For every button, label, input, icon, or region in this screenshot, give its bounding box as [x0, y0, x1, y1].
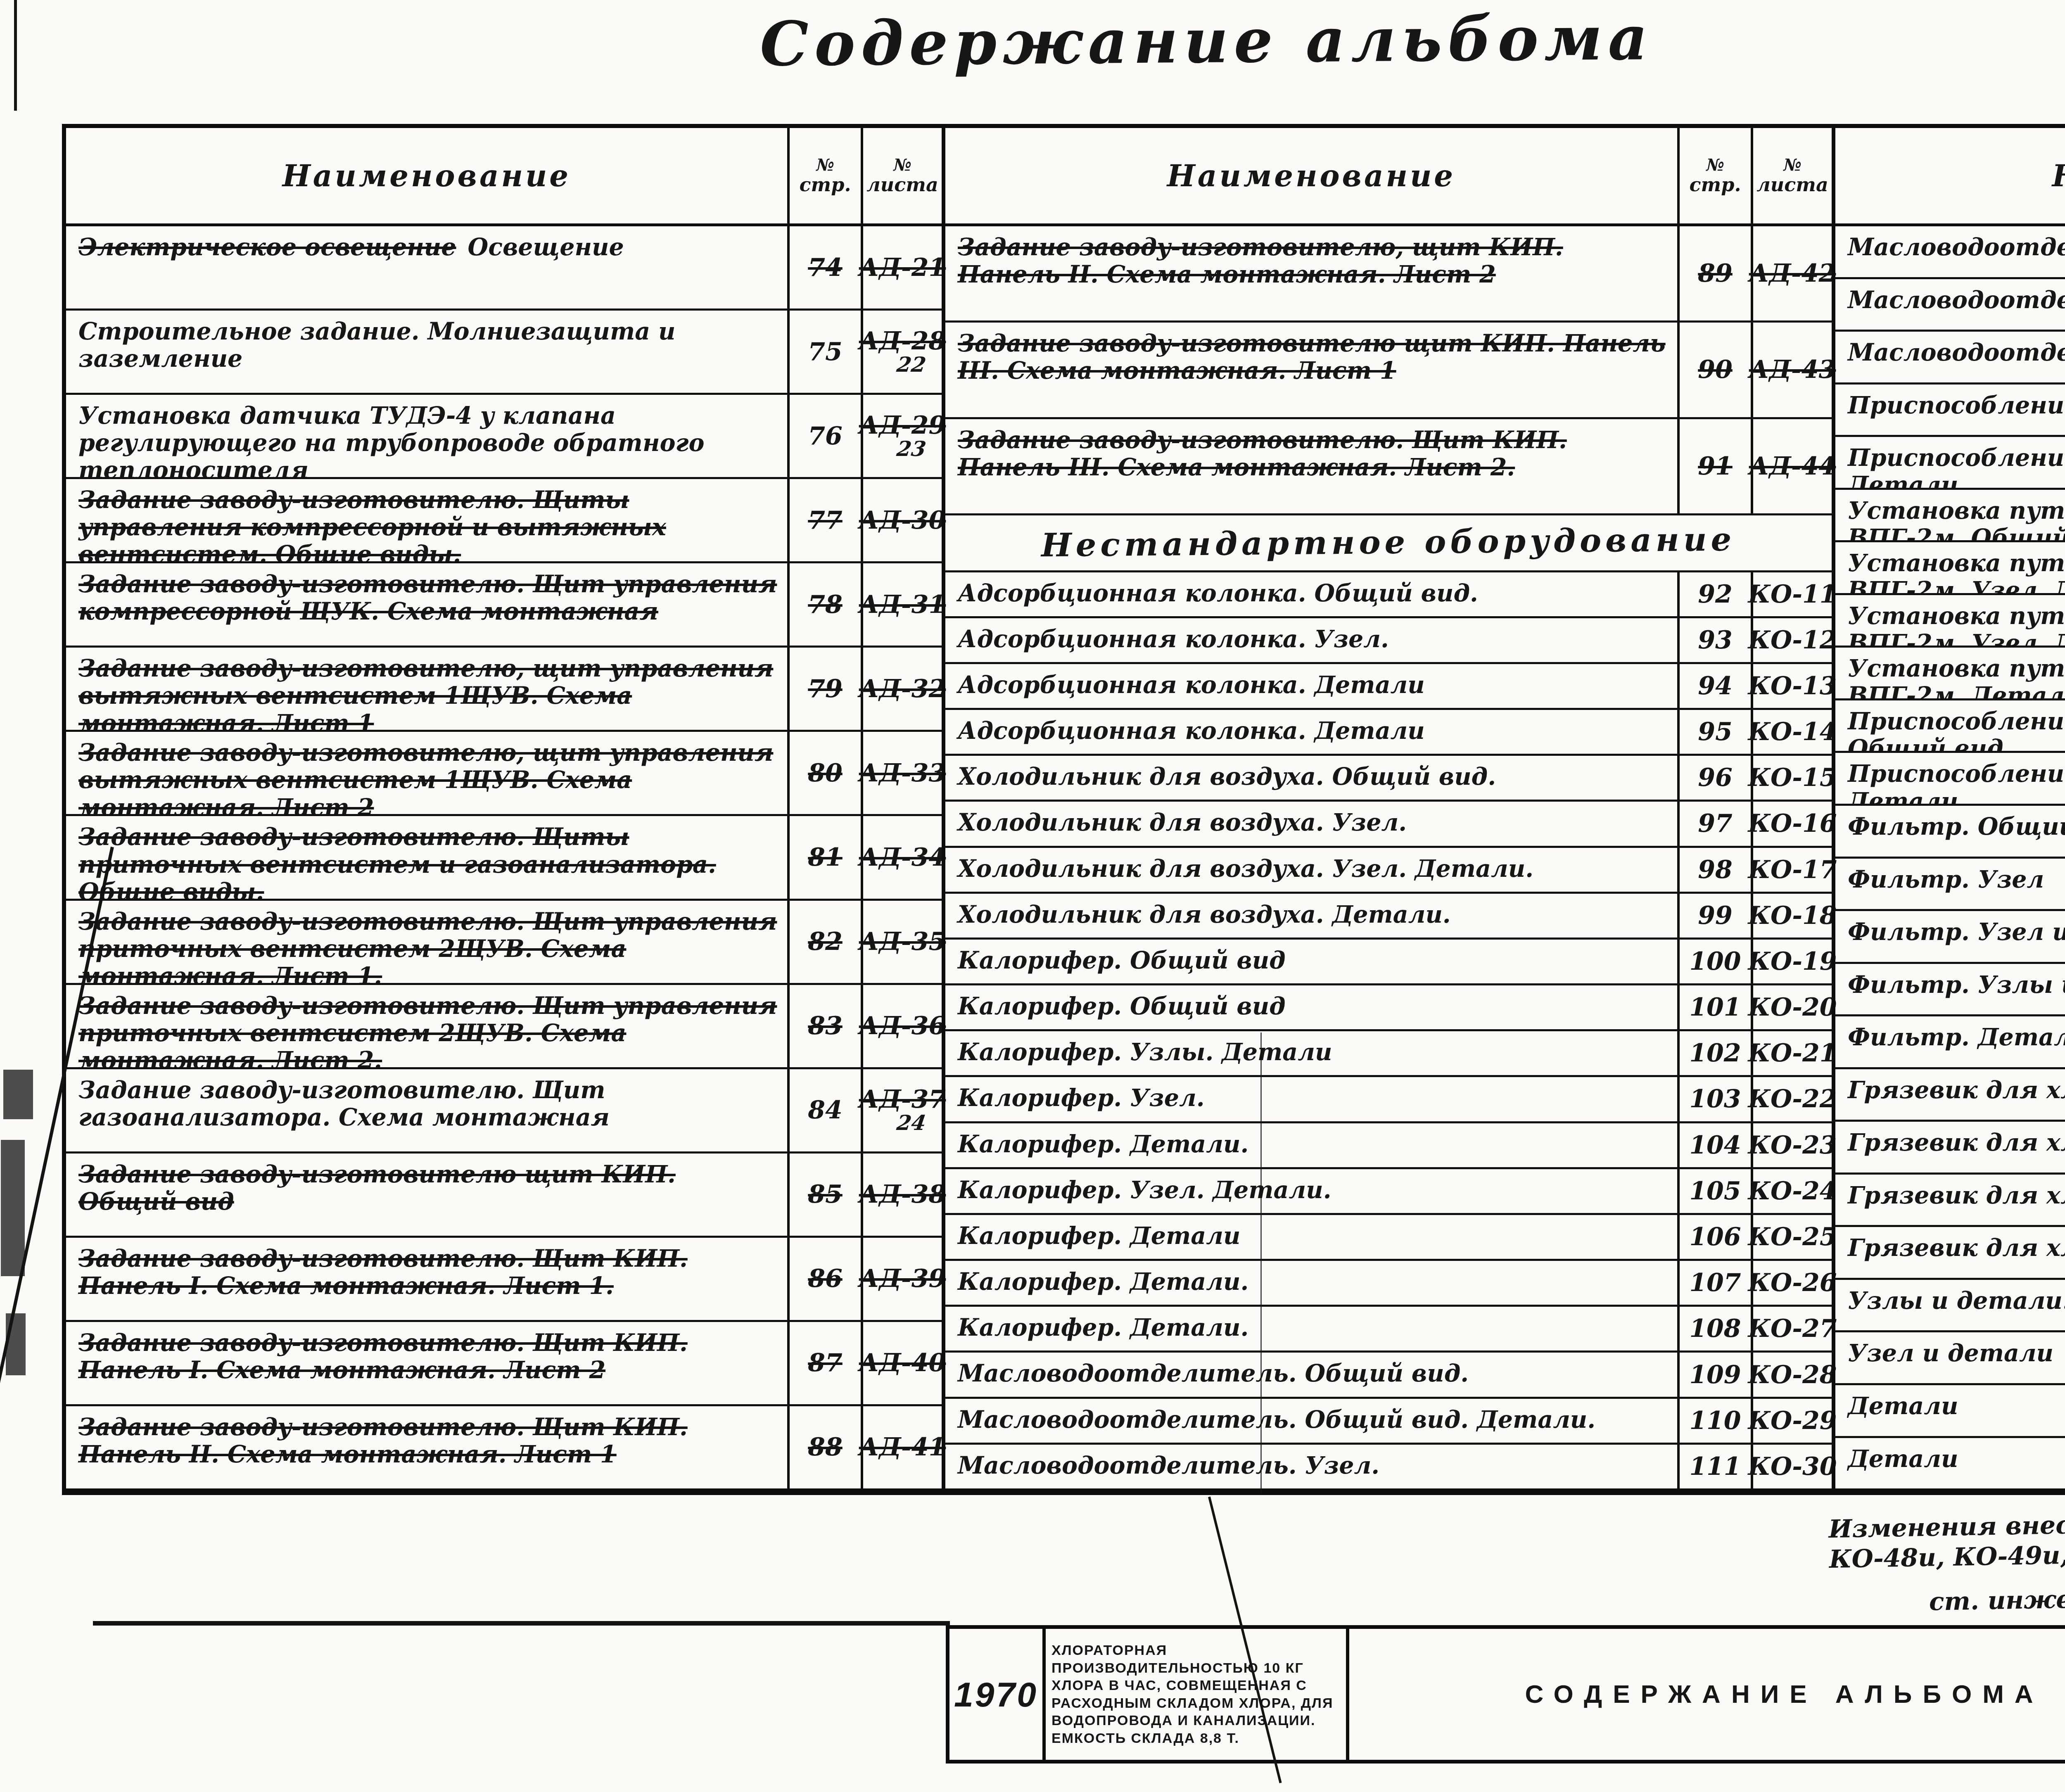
entry-sheet: АД-30	[859, 508, 946, 533]
toc-row: Холодильник для воздуха. Узел. Детали.98…	[945, 846, 1832, 892]
entry-page: 98	[1698, 857, 1733, 882]
entry-sheet-cell: АД-40	[861, 1322, 942, 1404]
entry-page-cell: 96	[1677, 756, 1751, 800]
entry-sheet: АД-36	[859, 1013, 946, 1038]
margin-stamp-mark	[6, 1313, 26, 1375]
header-sheet-no: №	[893, 156, 911, 174]
entry-page: 103	[1689, 1087, 1741, 1111]
entry-page-cell: 98	[1677, 848, 1751, 892]
entry-sheet: КО-20	[1748, 995, 1837, 1020]
toc-row: Калорифер. Узлы. Детали102КО-21	[945, 1029, 1832, 1075]
header-sheet-label: листа	[866, 174, 938, 195]
toc-row: Задание заводу-изготовителю щит КИП. Общ…	[66, 1151, 942, 1236]
entry-page-cell: 92	[1677, 572, 1751, 616]
header-sheet-label: листа	[1756, 174, 1828, 195]
entry-name-cell: Установка путевого переключателя на веса…	[1835, 648, 2065, 698]
entry-page: 99	[1698, 903, 1733, 928]
entry-name-cell: Задание заводу-изготовителю. Щит КИП. Па…	[945, 419, 1677, 513]
entry-name: Электрическое освещение	[78, 233, 456, 261]
entry-name: Калорифер. Детали	[958, 1222, 1240, 1250]
entry-page-cell: 102	[1677, 1031, 1751, 1075]
entry-sheet-cell: КО-17	[1751, 848, 1832, 892]
entry-name-cell: Холодильник для воздуха. Узел. Детали.	[945, 848, 1677, 892]
entry-sheet-cell: КО-13	[1751, 664, 1832, 708]
entry-name: Задание заводу-изготовителю. Щит управле…	[78, 908, 777, 983]
entry-name-cell: Холодильник для воздуха. Узел.	[945, 802, 1677, 845]
entry-name-cell: Масловодоотделитель. Узел. Детали	[1835, 226, 2065, 277]
entry-name: Фильтр. Узлы и детали	[1848, 971, 2065, 999]
scanned-toc-sheet: Содержание альбома Наименование № стр. №…	[0, 0, 2065, 1792]
entry-page-cell: 77	[787, 479, 861, 561]
toc-row: Калорифер. Общий вид100КО-19	[945, 938, 1832, 983]
entry-page-cell: 111	[1677, 1445, 1751, 1488]
toc-row: Калорифер. Детали.108КО-27	[945, 1305, 1832, 1351]
toc-row: Холодильник для воздуха. Детали.99КО-18	[945, 892, 1832, 938]
entry-name-cell: Задание заводу-изготовителю. Щиты управл…	[66, 479, 787, 561]
entry-page: 108	[1689, 1316, 1741, 1341]
toc-rows-col1: Электрическое освещениеОсвещение74АД-21С…	[66, 226, 942, 1488]
entry-name: Фильтр. Узел и детали	[1848, 918, 2065, 946]
toc-row: Задание заводу-изготовителю, щит управле…	[66, 730, 942, 814]
entry-name: Фильтр. Общий вид.	[1848, 813, 2065, 840]
toc-row: Установка датчика ТУДЭ-4 у клапана регул…	[66, 393, 942, 477]
header-sheet: № листа	[861, 128, 942, 223]
entry-name: Приспособление для подъема бочки. Общий …	[1848, 392, 2065, 419]
entry-name-cell: Детали	[1835, 1385, 2065, 1436]
toc-row: Задание заводу-изготовителю. Щиты управл…	[66, 477, 942, 561]
page-title: Содержание альбома	[760, 5, 1627, 78]
toc-row: Холодильник для воздуха. Общий вид.96КО-…	[945, 754, 1832, 800]
entry-name-cell: Грязевик для хлора. Узел. Детали.	[1835, 1122, 2065, 1173]
entry-sheet: КО-30	[1748, 1454, 1837, 1479]
entry-sheet: КО-16	[1748, 811, 1837, 836]
entry-name: Адсорбционная колонка. Детали	[958, 671, 1425, 699]
toc-row: Приспособление для подъема контейнера. О…	[1835, 698, 2065, 751]
entry-page-cell: 74	[787, 226, 861, 309]
entry-name: Калорифер. Узел. Детали.	[958, 1176, 1332, 1204]
entry-name-cell: Приспособление для подъема бочки. Общий …	[1835, 385, 2065, 435]
contents-table: Наименование № стр. № листа Электрическо…	[62, 124, 2065, 1495]
entry-sheet-cell: КО-30	[1751, 1445, 1832, 1488]
entry-page-cell: 80	[787, 732, 861, 814]
entry-name: Калорифер. Общий вид	[958, 947, 1286, 974]
entry-page-cell: 83	[787, 985, 861, 1067]
toc-row: Масловодоотделитель. Узел.111КО-30	[945, 1443, 1832, 1488]
entry-sheet-cell: КО-12	[1751, 618, 1832, 662]
entry-name: Калорифер. Узлы. Детали	[958, 1038, 1332, 1066]
column-header: Наименование № стр. № листа	[945, 128, 1832, 226]
toc-row: Детали135КО-54	[1835, 1436, 2065, 1489]
entry-page-cell: 97	[1677, 802, 1751, 845]
entry-sheet: КО-21	[1748, 1041, 1837, 1066]
entry-name: Приспособление для подъема контейнера. О…	[1848, 707, 2065, 751]
entry-name: Калорифер. Детали.	[958, 1268, 1248, 1296]
entry-sheet-cell: АД-43	[1751, 323, 1832, 417]
entry-sheet-cell: КО-16	[1751, 802, 1832, 845]
entry-page-cell: 104	[1677, 1123, 1751, 1167]
rule-above-stamp	[93, 1621, 950, 1626]
entry-name-cell: Калорифер. Детали.	[945, 1123, 1677, 1167]
entry-sheet: АД-29	[859, 413, 946, 438]
entry-name: Установка путевого переключателя на веса…	[1848, 602, 2065, 646]
entry-sheet: КО-19	[1748, 949, 1837, 974]
header-page-no: №	[1706, 156, 1724, 174]
entry-name-cell: Масловодоотделитель. Узел, детали	[1835, 279, 2065, 330]
toc-row: Задание заводу-изготовителю, щит управле…	[66, 646, 942, 730]
project-description: ХЛОРАТОРНАЯ ПРОИЗВОДИТЕЛЬНОСТЬЮ 10 КГ ХЛ…	[1046, 1638, 1346, 1751]
entry-sheet-cell: АД-34	[861, 816, 942, 898]
entry-page: 95	[1698, 719, 1733, 744]
entry-name-cell: Узел и детали	[1835, 1332, 2065, 1383]
entry-name: Задание заводу-изготовителю щит КИП. Пан…	[958, 330, 1666, 385]
entry-name-cell: Масловодоотделитель. Общий вид. Детали.	[945, 1399, 1677, 1443]
entry-page: 77	[808, 508, 843, 533]
entry-sheet: АД-44	[1749, 454, 1836, 479]
toc-row: Адсорбционная колонка. Узел.93КО-12	[945, 616, 1832, 662]
entry-page-cell: 95	[1677, 710, 1751, 754]
entry-name-cell: Приспособление для подъема бочки. Узел. …	[1835, 437, 2065, 488]
entry-page: 93	[1698, 628, 1733, 653]
entry-name-cell: Задание заводу-изготовителю. Щит КИП. Па…	[66, 1238, 787, 1320]
entry-name-cell: Задание заводу-изготовителю. Щит газоана…	[66, 1069, 787, 1151]
entry-page: 87	[808, 1351, 843, 1375]
toc-row: Фильтр. Детали.127КО-46	[1835, 1014, 2065, 1067]
toc-column-2: Наименование № стр. № листа Задание заво…	[942, 128, 1832, 1488]
entry-name: Холодильник для воздуха. Узел. Детали.	[958, 855, 1533, 883]
entry-sheet: АД-28	[859, 329, 946, 354]
title-block-project-cell: ХЛОРАТОРНАЯ ПРОИЗВОДИТЕЛЬНОСТЬЮ 10 КГ ХЛ…	[1042, 1629, 1346, 1760]
entry-page: 96	[1698, 765, 1733, 790]
entry-name-cell: Задание заводу-изготовителю, щит управле…	[66, 648, 787, 730]
entry-name-cell: Установка путевого переключателя на веса…	[1835, 490, 2065, 541]
toc-row: Фильтр. Узел и детали125КО-44	[1835, 909, 2065, 962]
entry-page: 105	[1689, 1179, 1741, 1203]
entry-sheet-cell: АД-32	[861, 648, 942, 730]
entry-name-cell: Установка путевого переключателя на веса…	[1835, 595, 2065, 646]
entry-name: Задание заводу-изготовителю. Щит КИП. Па…	[958, 426, 1567, 481]
entry-page: 104	[1689, 1133, 1741, 1158]
toc-row: Масловодоотделитель. Узел. Детали112КО-3…	[1835, 226, 2065, 277]
entry-sheet-cell: КО-27	[1751, 1307, 1832, 1351]
entry-page: 100	[1689, 949, 1741, 974]
entry-sheet-cell: АД-3724	[861, 1069, 942, 1151]
entry-page-cell: 78	[787, 563, 861, 646]
entry-name-cell: Калорифер. Узел.	[945, 1077, 1677, 1121]
entry-sheet: АД-21	[859, 255, 946, 280]
header-page-label: стр.	[800, 174, 851, 195]
entry-sheet-cell: АД-42	[1751, 226, 1832, 320]
entry-name-cell: Калорифер. Общий вид	[945, 985, 1677, 1029]
entry-page-cell: 110	[1677, 1399, 1751, 1443]
entry-sheet: АД-42	[1749, 261, 1836, 286]
header-name: Наименование	[1835, 128, 2065, 223]
entry-name-cell: Задание заводу-изготовителю. Щит КИП. Па…	[66, 1406, 787, 1488]
entry-name: Калорифер. Детали.	[958, 1314, 1248, 1341]
toc-row: Фильтр. Узлы и детали126КО-45	[1835, 962, 2065, 1015]
entry-name: Детали	[1848, 1392, 1958, 1420]
entry-sheet-cell: КО-24	[1751, 1169, 1832, 1213]
entry-name: Грязевик для хлора. Детали	[1848, 1234, 2065, 1262]
entry-page-cell: 89	[1677, 226, 1751, 320]
entry-sheet-cell: КО-14	[1751, 710, 1832, 754]
toc-column-3: Наименование № стр. № листа Масловодоотд…	[1832, 128, 2065, 1488]
entry-name: Грязевик для хлора. Узел. Детали.	[1848, 1129, 2065, 1156]
entry-name-cell: Задание заводу-изготовителю. Щит управле…	[66, 901, 787, 983]
entry-name: Задание заводу-изготовителю, щит управле…	[78, 655, 773, 730]
entry-page: 102	[1689, 1041, 1741, 1066]
column-header: Наименование № стр. № листа	[66, 128, 942, 226]
year-value: 1970	[954, 1677, 1038, 1712]
entry-page: 84	[808, 1098, 843, 1123]
entry-sheet: КО-11	[1748, 582, 1837, 607]
entry-page: 85	[808, 1182, 843, 1207]
entry-name: Масловодоотделитель. Общий вид.	[958, 1360, 1469, 1387]
entry-page: 76	[808, 424, 843, 449]
entry-sheet-cell: АД-36	[861, 985, 942, 1067]
entry-name: Установка путевого переключателя на веса…	[1848, 497, 2065, 541]
toc-row: Масловодоотделитель. Узел, детали113КО-3…	[1835, 277, 2065, 330]
entry-sheet: КО-18	[1748, 903, 1837, 928]
entry-name-cell: Приспособление для подъема контейнера. О…	[1835, 700, 2065, 751]
toc-row: Фильтр. Общий вид.123КО-42	[1835, 804, 2065, 857]
entry-sheet-new: 22	[896, 354, 928, 375]
toc-row: Приспособление для подъема бочки. Узел. …	[1835, 435, 2065, 488]
entry-sheet: АД-31	[859, 592, 946, 617]
entry-page-cell: 108	[1677, 1307, 1751, 1351]
entry-sheet-cell: КО-25	[1751, 1215, 1832, 1259]
entry-name-cell: Холодильник для воздуха. Общий вид.	[945, 756, 1677, 800]
entry-page-cell: 105	[1677, 1169, 1751, 1213]
entry-name: Холодильник для воздуха. Узел.	[958, 809, 1407, 836]
entry-page-cell: 87	[787, 1322, 861, 1404]
toc-row: Узлы и детали.132КО-51	[1835, 1278, 2065, 1331]
entry-name: Узлы и детали.	[1848, 1287, 2065, 1315]
entry-name-cell: Калорифер. Узел. Детали.	[945, 1169, 1677, 1213]
entry-sheet: АД-38	[859, 1182, 946, 1207]
entry-name-cell: Калорифер. Детали.	[945, 1261, 1677, 1305]
entry-name: Задание заводу-изготовителю, щит управле…	[78, 739, 773, 814]
entry-name-cell: Фильтр. Узлы и детали	[1835, 964, 2065, 1015]
entry-name: Узел и детали	[1848, 1339, 2053, 1367]
toc-row: Фильтр. Узел124КО-43	[1835, 857, 2065, 909]
entry-name: Фильтр. Детали.	[1848, 1023, 2065, 1051]
header-name: Наименование	[945, 128, 1677, 223]
entry-name-cell: Калорифер. Узлы. Детали	[945, 1031, 1677, 1075]
header-page-no: №	[816, 156, 834, 174]
toc-row: Калорифер. Узел.103КО-22	[945, 1075, 1832, 1121]
toc-row: Грязевик для хлора. Детали131КО-50	[1835, 1225, 2065, 1278]
entry-sheet-cell: КО-21	[1751, 1031, 1832, 1075]
toc-row: Калорифер. Детали.107КО-26	[945, 1259, 1832, 1305]
section-row: Нестандартное оборудование	[945, 513, 1832, 570]
entry-name: Приспособление для подъема бочки. Узел. …	[1848, 444, 2065, 488]
entry-page: 88	[808, 1435, 843, 1460]
entry-name-cell: Адсорбционная колонка. Узел.	[945, 618, 1677, 662]
title-block-title-cell: СОДЕРЖАНИЕ АЛЬБОМА	[1346, 1629, 2065, 1760]
entry-sheet-cell: КО-29	[1751, 1399, 1832, 1443]
entry-sheet-cell: КО-26	[1751, 1261, 1832, 1305]
entry-sheet: АД-33	[859, 761, 946, 786]
header-page-label: стр.	[1690, 174, 1741, 195]
entry-name: Установка путевого переключателя на веса…	[1848, 549, 2065, 593]
entry-name-cell: Электрическое освещениеОсвещение	[66, 226, 787, 309]
edge-mark	[14, 0, 17, 111]
entry-name-cell: Строительное задание. Молниезащита и заз…	[66, 311, 787, 393]
entry-page: 109	[1689, 1362, 1741, 1387]
header-name: Наименование	[66, 128, 787, 223]
entry-page: 107	[1689, 1270, 1741, 1295]
toc-row: Адсорбционная колонка. Детали95КО-14	[945, 708, 1832, 754]
entry-sheet: КО-22	[1748, 1087, 1837, 1111]
entry-page-cell: 86	[787, 1238, 861, 1320]
margin-stamp-mark	[1, 1140, 25, 1276]
entry-name-cell: Масловодоотделитель. Общий вид.	[945, 1353, 1677, 1396]
entry-sheet-cell: АД-2923	[861, 395, 942, 477]
toc-row: Установка путевого переключателя на веса…	[1835, 540, 2065, 593]
entry-sheet: КО-27	[1748, 1316, 1837, 1341]
entry-page-cell: 107	[1677, 1261, 1751, 1305]
toc-row: Приспособление для подъема бочки. Общий …	[1835, 382, 2065, 435]
toc-rows-col2: Задание заводу-изготовителю, щит КИП. Па…	[945, 226, 1832, 1488]
header-page: № стр.	[1677, 128, 1751, 223]
entry-page: 74	[808, 255, 843, 280]
entry-name: Задание заводу-изготовителю. Щит управле…	[78, 570, 777, 625]
entry-page: 101	[1689, 995, 1741, 1020]
entry-sheet: КО-15	[1748, 765, 1837, 790]
entry-name-cell: Фильтр. Детали.	[1835, 1016, 2065, 1067]
entry-page-cell: 106	[1677, 1215, 1751, 1259]
entry-sheet-cell: КО-15	[1751, 756, 1832, 800]
entry-name-cell: Калорифер. Детали.	[945, 1307, 1677, 1351]
entry-name: Масловодоотделитель. Детали	[1848, 339, 2065, 366]
entry-page-cell: 79	[787, 648, 861, 730]
entry-page-cell: 85	[787, 1154, 861, 1236]
entry-page: 80	[808, 761, 843, 786]
title-block: 1970 ХЛОРАТОРНАЯ ПРОИЗВОДИТЕЛЬНОСТЬЮ 10 …	[946, 1625, 2065, 1764]
entry-page: 94	[1698, 674, 1733, 698]
entry-name: Задание заводу-изготовителю. Щиты приточ…	[78, 823, 716, 898]
toc-row: Адсорбционная колонка. Общий вид.92КО-11	[945, 570, 1832, 616]
entry-name-cell: Задание заводу-изготовителю. Щит управле…	[66, 563, 787, 646]
entry-sheet: КО-13	[1748, 674, 1837, 698]
entry-sheet: КО-28	[1748, 1362, 1837, 1387]
entry-name-cell: Установка путевого переключателя на веса…	[1835, 542, 2065, 593]
entry-sheet-cell: АД-39	[861, 1238, 942, 1320]
entry-sheet-cell: КО-22	[1751, 1077, 1832, 1121]
entry-sheet-cell: КО-20	[1751, 985, 1832, 1029]
toc-rows-col3: Масловодоотделитель. Узел. Детали112КО-3…	[1835, 226, 2065, 1488]
entry-sheet-cell: АД-33	[861, 732, 942, 814]
entry-name-cell: Фильтр. Общий вид.	[1835, 806, 2065, 857]
toc-row: Узел и детали133КО-52	[1835, 1330, 2065, 1383]
entry-name-cell: Задание заводу-изготовителю щит КИП. Общ…	[66, 1154, 787, 1236]
entry-name: Установка путевого переключателя на веса…	[1848, 655, 2065, 698]
entry-name: Масловодоотделитель. Узел. Детали	[1848, 233, 2065, 261]
entry-page: 79	[808, 676, 843, 701]
entry-page-cell: 91	[1677, 419, 1751, 513]
entry-sheet: АД-32	[859, 676, 946, 701]
toc-row: Холодильник для воздуха. Узел.97КО-16	[945, 800, 1832, 845]
entry-name: Задание заводу-изготовителю. Щит КИП. Па…	[78, 1413, 688, 1468]
fold-line	[1260, 1032, 1262, 1495]
entry-name: Масловодоотделитель. Общий вид. Детали.	[958, 1406, 1595, 1434]
entry-name: Задание заводу-изготовителю, щит КИП. Па…	[958, 233, 1563, 288]
entry-sheet-cell: АД-30	[861, 479, 942, 561]
entry-sheet: КО-17	[1748, 857, 1837, 882]
section-title: Нестандартное оборудование	[1041, 524, 1736, 562]
entry-name-cell: Грязевик для хлора. Детали	[1835, 1227, 2065, 1278]
entry-name: Адсорбционная колонка. Узел.	[958, 625, 1389, 653]
entry-sheet: КО-23	[1748, 1133, 1837, 1158]
entry-name: Калорифер. Общий вид	[958, 992, 1286, 1020]
entry-name: Холодильник для воздуха. Общий вид.	[958, 763, 1496, 790]
entry-name-cell: Задание заводу-изготовителю. Щит КИП. Па…	[66, 1322, 787, 1404]
entry-page: 97	[1698, 811, 1733, 836]
toc-row: Масловодоотделитель. Общий вид.109КО-28	[945, 1351, 1832, 1396]
entry-name-cell: Холодильник для воздуха. Детали.	[945, 894, 1677, 938]
entry-sheet: АД-35	[859, 929, 946, 954]
toc-row: Задание заводу-изготовителю. Щит управле…	[66, 983, 942, 1067]
entry-sheet-new: 24	[896, 1113, 928, 1133]
entry-name: Адсорбционная колонка. Детали	[958, 717, 1425, 745]
entry-page: 81	[808, 845, 843, 870]
entry-sheet-cell: АД-38	[861, 1154, 942, 1236]
entry-name-cell: Задание заводу-изготовителю. Щиты приточ…	[66, 816, 787, 898]
entry-sheet-cell: АД-31	[861, 563, 942, 646]
entry-sheet: КО-24	[1748, 1179, 1837, 1203]
entry-name: Детали	[1848, 1445, 1958, 1473]
toc-row: Задание заводу-изготовителю. Щит КИП. Па…	[66, 1404, 942, 1488]
margin-stamp-mark	[3, 1070, 33, 1119]
entry-name-cell: Узлы и детали.	[1835, 1280, 2065, 1331]
entry-name-cell: Фильтр. Узел	[1835, 859, 2065, 909]
entry-page-cell: 84	[787, 1069, 861, 1151]
entry-name-cell: Фильтр. Узел и детали	[1835, 911, 2065, 962]
entry-page-cell: 109	[1677, 1353, 1751, 1396]
entry-page-cell: 93	[1677, 618, 1751, 662]
entry-sheet: АД-41	[859, 1435, 946, 1460]
entry-page-cell: 81	[787, 816, 861, 898]
entry-name: Холодильник для воздуха. Детали.	[958, 901, 1451, 928]
column-header: Наименование № стр. № листа	[1835, 128, 2065, 226]
entry-name: Задание заводу-изготовителю. Щит газоана…	[78, 1076, 610, 1131]
entry-sheet-cell: КО-19	[1751, 940, 1832, 983]
toc-row: Масловодоотделитель. Детали114КО-33	[1835, 330, 2065, 382]
toc-row: Задание заводу-изготовителю. Щит КИП. Па…	[66, 1320, 942, 1404]
entry-page: 106	[1689, 1225, 1741, 1249]
entry-sheet-cell: АД-41	[861, 1406, 942, 1488]
revision-note-line: Изменения внесены в лист КО-20и, листы К…	[1828, 1499, 2065, 1545]
entry-page-cell: 103	[1677, 1077, 1751, 1121]
entry-name-cell: Масловодоотделитель. Детали	[1835, 332, 2065, 382]
toc-row: Адсорбционная колонка. Детали94КО-13	[945, 662, 1832, 708]
album-contents-title: СОДЕРЖАНИЕ АЛЬБОМА	[1525, 1682, 2044, 1707]
toc-row: Грязевик для хлора. Узел.130КО-49	[1835, 1173, 2065, 1225]
entry-page-cell: 100	[1677, 940, 1751, 983]
toc-row: Установка путевого переключателя на веса…	[1835, 646, 2065, 698]
entry-name-cell: Грязевик для хлора. Узел.	[1835, 1175, 2065, 1225]
entry-sheet-cell: КО-23	[1751, 1123, 1832, 1167]
entry-name-addition: Освещение	[468, 233, 624, 261]
toc-row: Установка путевого переключателя на веса…	[1835, 488, 2065, 541]
header-sheet: № листа	[1751, 128, 1832, 223]
entry-sheet: КО-25	[1748, 1225, 1837, 1249]
entry-sheet-cell: АД-2822	[861, 311, 942, 393]
entry-sheet: АД-37	[859, 1087, 946, 1112]
entry-name: Фильтр. Узел	[1848, 866, 2044, 893]
toc-row: Калорифер. Детали.104КО-23	[945, 1121, 1832, 1167]
entry-page: 92	[1698, 582, 1733, 607]
